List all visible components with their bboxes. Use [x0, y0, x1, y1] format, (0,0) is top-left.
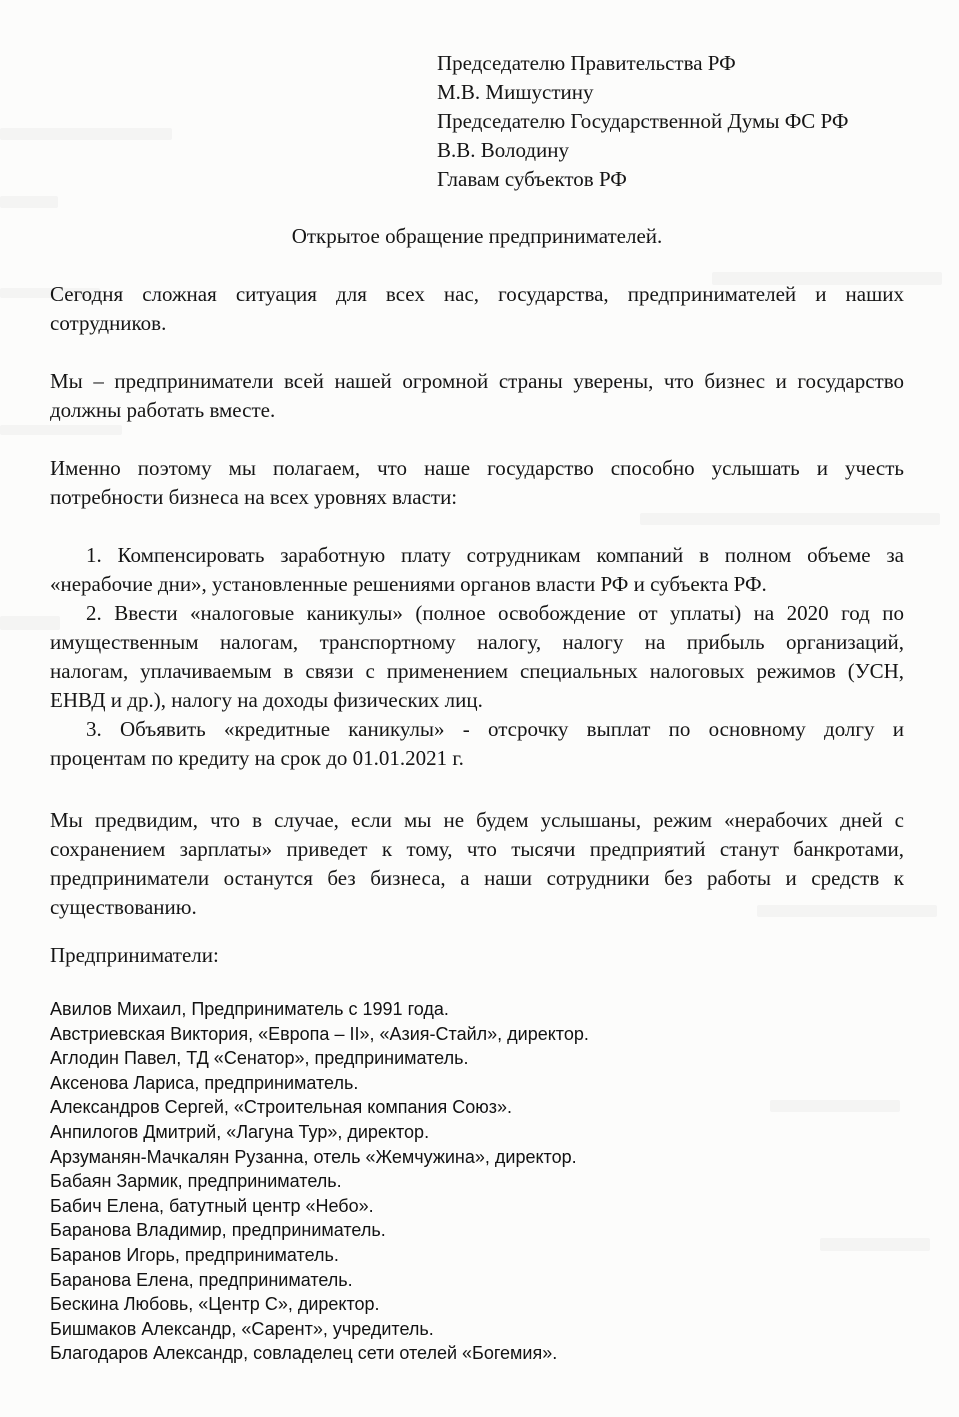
demand-line: налогам, уплачиваемым в связи с применен… — [50, 657, 904, 686]
paragraph-line: Сегодня сложная ситуация для всех нас, г… — [50, 280, 904, 309]
demand-line: ЕНВД и др.), налогу на доходы физических… — [50, 686, 904, 715]
paragraph-line: сохранением зарплаты» приведет к тому, ч… — [50, 835, 904, 864]
signature-item: Австриевская Виктория, «Европа – II», «А… — [50, 1022, 904, 1047]
recipient-line: Председателю Правительства РФ — [437, 49, 904, 78]
recipient-line: М.В. Мишустину — [437, 78, 904, 107]
demands-list: 1. Компенсировать заработную плату сотру… — [50, 541, 904, 773]
signature-item: Анпилогов Дмитрий, «Лагуна Тур», директо… — [50, 1120, 904, 1145]
demand-item-1: 1. Компенсировать заработную плату сотру… — [50, 541, 904, 599]
signature-item: Арзуманян-Мачкалян Рузанна, отель «Жемчу… — [50, 1145, 904, 1170]
demand-item-3: 3. Объявить «кредитные каникулы» - отсро… — [50, 715, 904, 773]
letter-title: Открытое обращение предпринимателей. — [50, 222, 904, 251]
recipient-line: Главам субъектов РФ — [437, 165, 904, 194]
signature-item: Бишмаков Александр, «Сарент», учредитель… — [50, 1317, 904, 1342]
paragraph-unity: Мы – предприниматели всей нашей огромной… — [50, 367, 904, 425]
paragraph-line: Мы предвидим, что в случае, если мы не б… — [50, 806, 904, 835]
signatures-heading: Предприниматели: — [50, 941, 904, 970]
demand-line: 2. Ввести «налоговые каникулы» (полное о… — [50, 599, 904, 628]
demand-line: имущественным налогам, транспортному нал… — [50, 628, 904, 657]
signature-item: Баранова Владимир, предприниматель. — [50, 1218, 904, 1243]
signature-item: Аксенова Лариса, предприниматель. — [50, 1071, 904, 1096]
paragraph-line: сотрудников. — [50, 309, 904, 338]
demand-line: 1. Компенсировать заработную плату сотру… — [50, 541, 904, 570]
recipients-block: Председателю Правительства РФМ.В. Мишуст… — [437, 49, 904, 194]
signatures-list: Авилов Михаил, Предприниматель с 1991 го… — [50, 997, 904, 1366]
paragraph-appeal: Именно поэтому мы полагаем, что наше гос… — [50, 454, 904, 512]
signature-item: Бескина Любовь, «Центр С», директор. — [50, 1292, 904, 1317]
demand-line: 3. Объявить «кредитные каникулы» - отсро… — [50, 715, 904, 744]
paragraph-line: Именно поэтому мы полагаем, что наше гос… — [50, 454, 904, 483]
signature-item: Благодаров Александр, совладелец сети от… — [50, 1341, 904, 1366]
signature-item: Баранов Игорь, предприниматель. — [50, 1243, 904, 1268]
paragraph-line: потребности бизнеса на всех уровнях влас… — [50, 483, 904, 512]
paragraph-line: существованию. — [50, 893, 904, 922]
paragraph-line: предприниматели останутся без бизнеса, а… — [50, 864, 904, 893]
recipient-line: В.В. Володину — [437, 136, 904, 165]
paragraph-closing: Мы предвидим, что в случае, если мы не б… — [50, 806, 904, 922]
paragraph-line: Мы – предприниматели всей нашей огромной… — [50, 367, 904, 396]
demand-line: «нерабочие дни», установленные решениями… — [50, 570, 904, 599]
recipient-line: Председателю Государственной Думы ФС РФ — [437, 107, 904, 136]
signature-item: Авилов Михаил, Предприниматель с 1991 го… — [50, 997, 904, 1022]
demand-item-2: 2. Ввести «налоговые каникулы» (полное о… — [50, 599, 904, 715]
signature-item: Баранова Елена, предприниматель. — [50, 1268, 904, 1293]
letter-content: Председателю Правительства РФМ.В. Мишуст… — [0, 0, 959, 1366]
signature-item: Бабич Елена, батутный центр «Небо». — [50, 1194, 904, 1219]
signature-item: Бабаян Зармик, предприниматель. — [50, 1169, 904, 1194]
demand-line: процентам по кредиту на срок до 01.01.20… — [50, 744, 904, 773]
signature-item: Александров Сергей, «Строительная компан… — [50, 1095, 904, 1120]
paragraph-intro: Сегодня сложная ситуация для всех нас, г… — [50, 280, 904, 338]
paragraph-line: должны работать вместе. — [50, 396, 904, 425]
signature-item: Аглодин Павел, ТД «Сенатор», предпринима… — [50, 1046, 904, 1071]
scanned-letter-page: Председателю Правительства РФМ.В. Мишуст… — [0, 0, 959, 1417]
